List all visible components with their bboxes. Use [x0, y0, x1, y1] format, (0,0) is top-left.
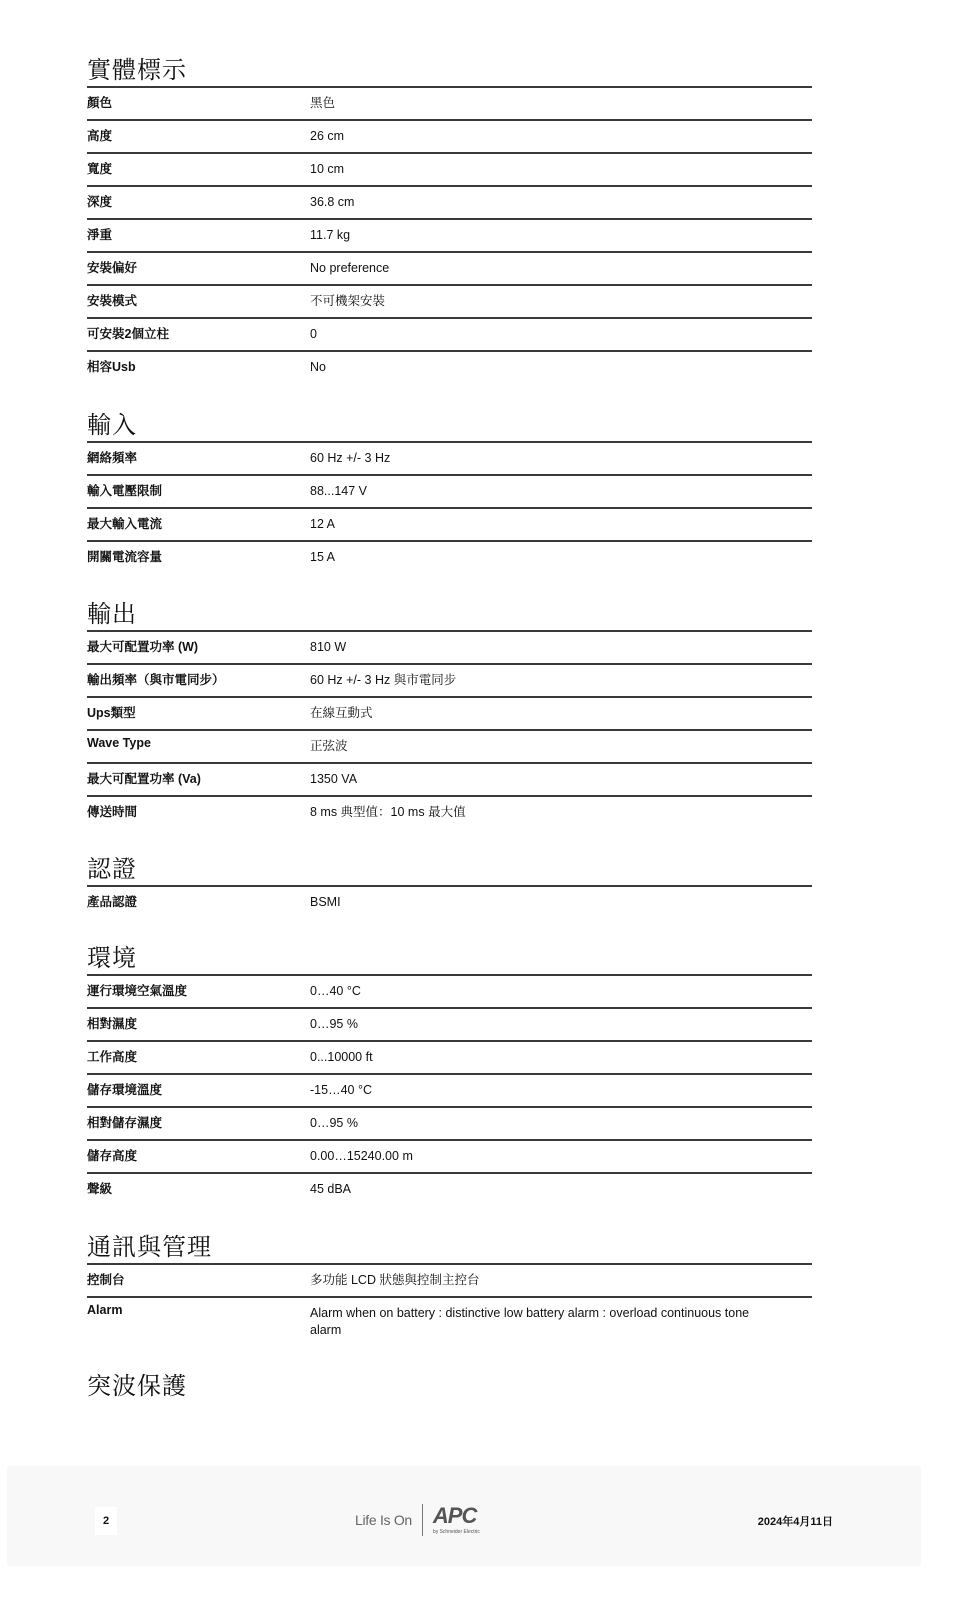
row-value: 60 Hz +/- 3 Hz 與市電同步: [310, 672, 770, 689]
section-physical: 實體標示 顏色黑色 高度26 cm 寬度10 cm 深度36.8 cm 淨重11…: [87, 56, 812, 383]
page-footer: 2 Life Is On APC by Schneider Electric 2…: [7, 1466, 921, 1566]
row-value: 0: [310, 326, 770, 343]
row-value: 1350 VA: [310, 771, 770, 788]
apc-subtitle: by Schneider Electric: [433, 1529, 480, 1535]
table-row: 淨重11.7 kg: [87, 218, 812, 251]
table-row: 工作高度0...10000 ft: [87, 1040, 812, 1073]
row-value: 15 A: [310, 549, 770, 566]
row-label: 儲存高度: [87, 1146, 137, 1164]
row-value: 在線互動式: [310, 705, 770, 722]
row-value: 黑色: [310, 95, 770, 112]
tagline: Life Is On: [355, 1512, 412, 1528]
table-row: 輸入電壓限制88...147 V: [87, 474, 812, 507]
row-value: 10 cm: [310, 161, 770, 178]
table-row: 輸出頻率（與市電同步）60 Hz +/- 3 Hz 與市電同步: [87, 663, 812, 696]
section-title: 通訊與管理: [87, 1233, 812, 1263]
table-row: 相對濕度0…95 %: [87, 1007, 812, 1040]
row-value: 0…95 %: [310, 1016, 770, 1033]
table-row: 可安裝2個立柱0: [87, 317, 812, 350]
table-row: 高度26 cm: [87, 119, 812, 152]
row-label: 最大輸入電流: [87, 514, 162, 532]
row-label: 高度: [87, 126, 112, 144]
row-label: 最大可配置功率 (Va): [87, 769, 201, 787]
row-label: 相對濕度: [87, 1014, 137, 1032]
table-row: 最大輸入電流12 A: [87, 507, 812, 540]
table-row: 相容UsbNo: [87, 350, 812, 383]
section-title: 輸入: [87, 411, 812, 441]
row-label: 相容Usb: [87, 357, 136, 375]
row-label: 深度: [87, 192, 112, 210]
section-title: 突波保護: [87, 1372, 812, 1402]
row-label: 安裝偏好: [87, 258, 137, 276]
table-row: 網絡頻率60 Hz +/- 3 Hz: [87, 441, 812, 474]
table-row: 產品認證BSMI: [87, 885, 812, 918]
row-label: 輸出頻率（與市電同步）: [87, 670, 225, 688]
row-label: 開關電流容量: [87, 547, 162, 565]
row-value: No preference: [310, 260, 770, 277]
apc-logo: APC by Schneider Electric: [433, 1506, 480, 1535]
table-row: 寬度10 cm: [87, 152, 812, 185]
section-certification: 認證 產品認證BSMI: [87, 855, 812, 918]
document-date: 2024年4月11日: [758, 1513, 833, 1529]
table-row: 顏色黑色: [87, 86, 812, 119]
row-label: 淨重: [87, 225, 112, 243]
row-value: 8 ms 典型值：10 ms 最大值: [310, 804, 770, 821]
section-output: 輸出 最大可配置功率 (W)810 W 輸出頻率（與市電同步）60 Hz +/-…: [87, 600, 812, 828]
row-value: 多功能 LCD 狀態與控制主控台: [310, 1272, 770, 1289]
row-label: Wave Type: [87, 736, 151, 750]
table-row: Ups類型在線互動式: [87, 696, 812, 729]
table-row: 相對儲存濕度0…95 %: [87, 1106, 812, 1139]
table-row: 儲存高度0.00…15240.00 m: [87, 1139, 812, 1172]
row-value: 0…95 %: [310, 1115, 770, 1132]
row-value: 不可機架安裝: [310, 293, 770, 310]
page-number: 2: [95, 1507, 117, 1535]
row-value: 0…40 °C: [310, 983, 770, 1000]
row-value: 0.00…15240.00 m: [310, 1148, 770, 1165]
table-row: 最大可配置功率 (Va)1350 VA: [87, 762, 812, 795]
row-value: 88...147 V: [310, 483, 770, 500]
brand-logo: Life Is On APC by Schneider Electric: [355, 1502, 480, 1538]
row-label: 傳送時間: [87, 802, 137, 820]
row-label: 相對儲存濕度: [87, 1113, 162, 1131]
row-label: 網絡頻率: [87, 448, 137, 466]
row-value: 36.8 cm: [310, 194, 770, 211]
section-title: 輸出: [87, 600, 812, 630]
row-label: 可安裝2個立柱: [87, 324, 169, 342]
table-row: 開關電流容量15 A: [87, 540, 812, 573]
row-label: 寬度: [87, 159, 112, 177]
table-row: AlarmAlarm when on battery : distinctive…: [87, 1296, 812, 1344]
row-label: Ups類型: [87, 703, 136, 721]
table-row: 儲存環境溫度-15…40 °C: [87, 1073, 812, 1106]
row-label: 運行環境空氣溫度: [87, 981, 187, 999]
row-value: No: [310, 359, 770, 376]
section-input: 輸入 網絡頻率60 Hz +/- 3 Hz 輸入電壓限制88...147 V 最…: [87, 411, 812, 573]
table-row: 傳送時間8 ms 典型值：10 ms 最大值: [87, 795, 812, 828]
row-label: 儲存環境溫度: [87, 1080, 162, 1098]
table-row: 安裝偏好No preference: [87, 251, 812, 284]
section-title: 環境: [87, 944, 812, 974]
row-value: 810 W: [310, 639, 770, 656]
row-value: 11.7 kg: [310, 227, 770, 244]
table-row: Wave Type正弦波: [87, 729, 812, 762]
section-communication: 通訊與管理 控制台多功能 LCD 狀態與控制主控台 AlarmAlarm whe…: [87, 1233, 812, 1344]
table-row: 聲級45 dBA: [87, 1172, 812, 1205]
row-label: 安裝模式: [87, 291, 137, 309]
table-row: 深度36.8 cm: [87, 185, 812, 218]
table-row: 控制台多功能 LCD 狀態與控制主控台: [87, 1263, 812, 1296]
row-value: BSMI: [310, 894, 770, 911]
row-label: 最大可配置功率 (W): [87, 637, 198, 655]
table-row: 運行環境空氣溫度0…40 °C: [87, 974, 812, 1007]
row-value: 正弦波: [310, 738, 770, 755]
row-label: 輸入電壓限制: [87, 481, 162, 499]
row-value: 0...10000 ft: [310, 1049, 770, 1066]
section-surge-protection: 突波保護: [87, 1372, 812, 1402]
section-title: 認證: [87, 855, 812, 885]
row-label: Alarm: [87, 1303, 122, 1317]
section-environment: 環境 運行環境空氣溫度0…40 °C 相對濕度0…95 % 工作高度0...10…: [87, 944, 812, 1205]
apc-wordmark: APC: [433, 1506, 476, 1526]
row-label: 工作高度: [87, 1047, 137, 1065]
row-value: 60 Hz +/- 3 Hz: [310, 450, 770, 467]
row-label: 顏色: [87, 93, 112, 111]
row-value: 45 dBA: [310, 1181, 770, 1198]
row-value: 12 A: [310, 516, 770, 533]
row-label: 聲級: [87, 1179, 112, 1197]
row-value: 26 cm: [310, 128, 770, 145]
row-label: 控制台: [87, 1270, 125, 1288]
row-label: 產品認證: [87, 892, 137, 910]
row-value: Alarm when on battery : distinctive low …: [310, 1305, 770, 1339]
table-row: 安裝模式不可機架安裝: [87, 284, 812, 317]
section-title: 實體標示: [87, 56, 812, 86]
logo-divider: [422, 1504, 423, 1536]
table-row: 最大可配置功率 (W)810 W: [87, 630, 812, 663]
row-value: -15…40 °C: [310, 1082, 770, 1099]
